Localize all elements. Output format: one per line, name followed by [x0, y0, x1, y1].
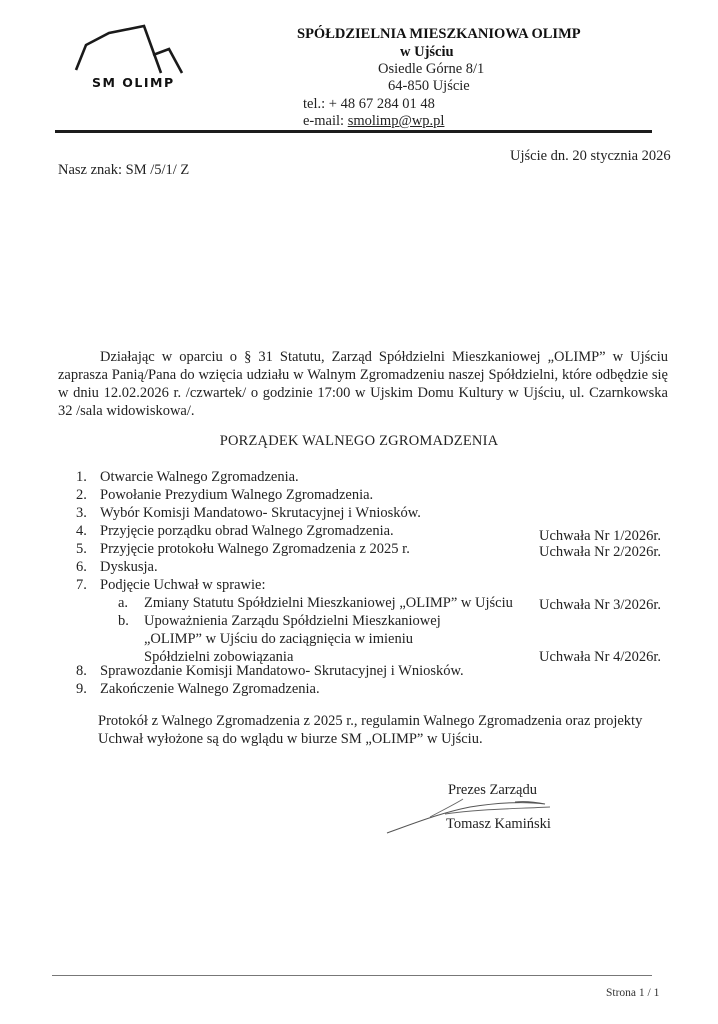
org-city: w Ujściu [400, 44, 454, 61]
resolution-number: Uchwała Nr 4/2026r. [539, 648, 661, 666]
agenda-item-number: 5. [76, 540, 100, 558]
agenda-item-text: Powołanie Prezydium Walnego Zgromadzenia… [100, 487, 373, 503]
header-divider [55, 130, 652, 133]
agenda-item: 2.Powołanie Prezydium Walnego Zgromadzen… [76, 486, 373, 504]
agenda-item-number: 4. [76, 522, 100, 540]
agenda-item-text: Dyskusja. [100, 559, 158, 575]
agenda-item-number: 6. [76, 558, 100, 576]
agenda-item-text: Podjęcie Uchwał w sprawie: [100, 577, 266, 593]
email-label: e-mail: [303, 113, 348, 129]
agenda-item-number: 7. [76, 576, 100, 594]
agenda-subitem-letter: b. [118, 612, 144, 630]
agenda-subitem-text: Spółdzielni zobowiązania [144, 649, 293, 665]
agenda-item-text: Przyjęcie protokołu Walnego Zgromadzenia… [100, 541, 410, 557]
agenda-subitem-text: Upoważnienia Zarządu Spółdzielni Mieszka… [144, 613, 441, 629]
reference-number: Nasz znak: SM /5/1/ Z [58, 162, 189, 179]
agenda-item-text: Zakończenie Walnego Zgromadzenia. [100, 681, 320, 697]
agenda-subitem-letter: a. [118, 594, 144, 612]
agenda-item: 9.Zakończenie Walnego Zgromadzenia. [76, 680, 320, 698]
agenda-subitem-text: Zmiany Statutu Spółdzielni Mieszkaniowej… [144, 595, 513, 611]
agenda-item: 1.Otwarcie Walnego Zgromadzenia. [76, 468, 299, 486]
resolution-number: Uchwała Nr 2/2026r. [539, 543, 661, 561]
agenda-item-number: 1. [76, 468, 100, 486]
org-name: SPÓŁDZIELNIA MIESZKANIOWA OLIMP [297, 26, 581, 43]
agenda-item-text: Otwarcie Walnego Zgromadzenia. [100, 469, 299, 485]
resolution-number: Uchwała Nr 3/2026r. [539, 596, 661, 614]
closing-paragraph: Protokół z Walnego Zgromadzenia z 2025 r… [98, 712, 672, 748]
agenda-title: PORZĄDEK WALNEGO ZGROMADZENIA [0, 433, 718, 450]
agenda-item-number: 8. [76, 662, 100, 680]
org-phone: tel.: + 48 67 284 01 48 [303, 96, 435, 113]
letter-date: Ujście dn. 20 stycznia 2026 [510, 148, 671, 165]
page-number: Strona 1 / 1 [606, 987, 659, 999]
agenda-subitem: a.Zmiany Statutu Spółdzielni Mieszkaniow… [118, 594, 513, 612]
logo-text: SM OLIMP [92, 75, 175, 90]
agenda-item: 3.Wybór Komisji Mandatowo- Skrutacyjnej … [76, 504, 421, 522]
footer-divider [52, 975, 652, 976]
org-email-line: e-mail: smolimp@wp.pl [303, 113, 444, 130]
signatory-name: Tomasz Kamiński [446, 816, 551, 833]
org-zip-city: 64-850 Ujście [388, 78, 470, 95]
intro-paragraph: Działając w oparciu o § 31 Statutu, Zarz… [58, 348, 668, 420]
agenda-item-text: Wybór Komisji Mandatowo- Skrutacyjnej i … [100, 505, 421, 521]
agenda-item: 7.Podjęcie Uchwał w sprawie: [76, 576, 266, 594]
agenda-item-number: 3. [76, 504, 100, 522]
agenda-item-number: 2. [76, 486, 100, 504]
agenda-item: 4.Przyjęcie porządku obrad Walnego Zgrom… [76, 522, 394, 540]
email-link[interactable]: smolimp@wp.pl [348, 113, 445, 129]
org-street: Osiedle Górne 8/1 [378, 61, 484, 78]
agenda-subitem-text: „OLIMP” w Ujściu do zaciągnięcia w imien… [144, 631, 413, 647]
agenda-item: 6.Dyskusja. [76, 558, 158, 576]
agenda-subitem: Spółdzielni zobowiązania [144, 648, 293, 666]
mountain-outline-icon [74, 12, 196, 78]
agenda-item-text: Przyjęcie porządku obrad Walnego Zgromad… [100, 523, 394, 539]
agenda-item: 5.Przyjęcie protokołu Walnego Zgromadzen… [76, 540, 410, 558]
agenda-item-number: 9. [76, 680, 100, 698]
agenda-subitem: „OLIMP” w Ujściu do zaciągnięcia w imien… [144, 630, 413, 648]
agenda-subitem: b.Upoważnienia Zarządu Spółdzielni Miesz… [118, 612, 441, 630]
